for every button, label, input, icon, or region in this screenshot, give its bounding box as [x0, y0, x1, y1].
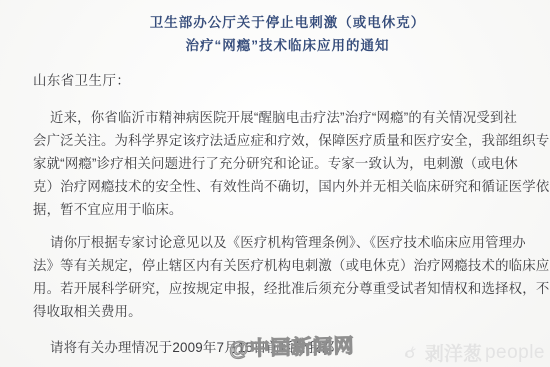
paragraph-1: 近来，你省临沂市精神病医院开展“醒脑电击疗法”治疗“网瘾”的有关情况受到社 会广…	[33, 106, 542, 221]
body-line: 家就“网瘾”诊疗相关问题进行了充分研究和论证。专家一致认为，电刺激（或电休	[33, 152, 542, 175]
paragraph-2: 请你厅根据专家讨论意见以及《医疗机构管理条例》、《医疗技术临床应用管理办 法》等…	[33, 231, 542, 323]
body-line: 法》等有关规定，停止辖区内有关医疗机构电刺激（或电休克）治疗网瘾技术的临床应	[33, 254, 542, 277]
body-line: 会广泛关注。为科学界定该疗法适应症和疗效，保障医疗质量和医疗安全，我部组织专	[33, 129, 542, 152]
body-line: 用。若开展科学研究，应按规定申报，经批准后须充分尊重受试者知情权和选择权，不	[33, 277, 542, 300]
notice-title: 卫生部办公厅关于停止电刺激（或电休克） 治疗“网瘾”技术临床应用的通知	[33, 11, 542, 57]
paragraph-3: 请将有关办理情况于2009年7月15日前函告我部。	[33, 336, 542, 359]
salutation: 山东省卫生厅：	[33, 69, 542, 92]
notice-title-line-2: 治疗“网瘾”技术临床应用的通知	[33, 34, 542, 57]
body-line: 近来，你省临沂市精神病医院开展“醒脑电击疗法”治疗“网瘾”的有关情况受到社	[33, 106, 542, 129]
body-line: 得收取相关费用。	[33, 300, 542, 323]
body-line: 克）治疗网瘾技术的安全性、有效性尚不确切，国内外并无相关临床研究和循证医学依	[33, 175, 542, 198]
body-line: 据，暂不宜应用于临床。	[33, 198, 542, 221]
notice-title-line-1: 卫生部办公厅关于停止电刺激（或电休克）	[33, 11, 542, 34]
body-line: 请将有关办理情况于2009年7月15日前函告我部。	[33, 336, 542, 359]
scanned-notice-document: 卫生部办公厅关于停止电刺激（或电休克） 治疗“网瘾”技术临床应用的通知 山东省卫…	[0, 0, 550, 367]
body-line: 请你厅根据专家讨论意见以及《医疗机构管理条例》、《医疗技术临床应用管理办	[33, 231, 542, 254]
